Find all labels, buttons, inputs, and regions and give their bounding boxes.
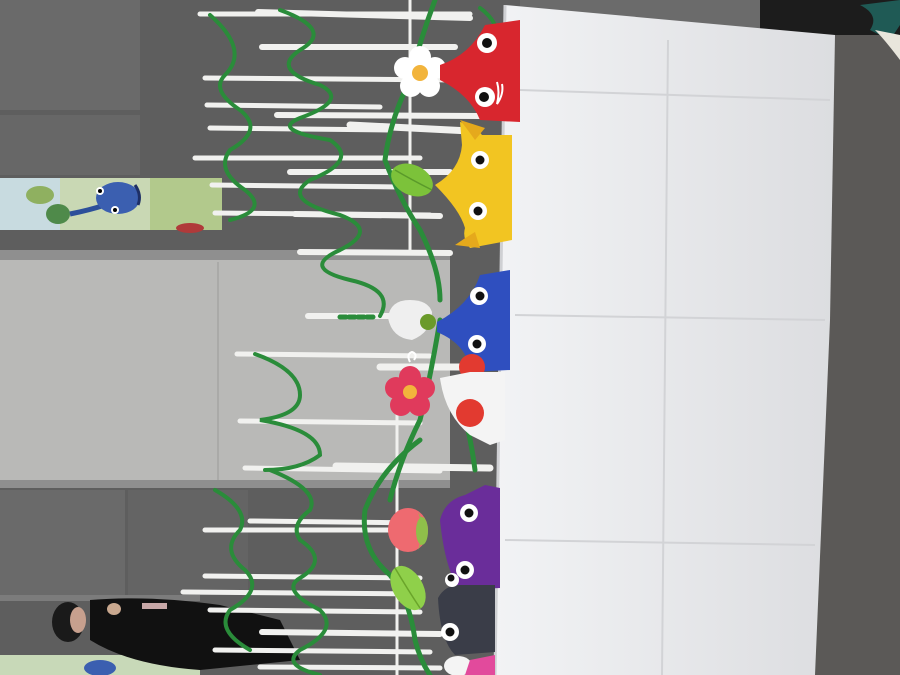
scene-illustration (0, 0, 900, 675)
pink-bud (388, 508, 428, 552)
photo-scene (0, 0, 900, 675)
tablecloth (495, 5, 835, 675)
blue-pikmin-poster (0, 178, 222, 233)
